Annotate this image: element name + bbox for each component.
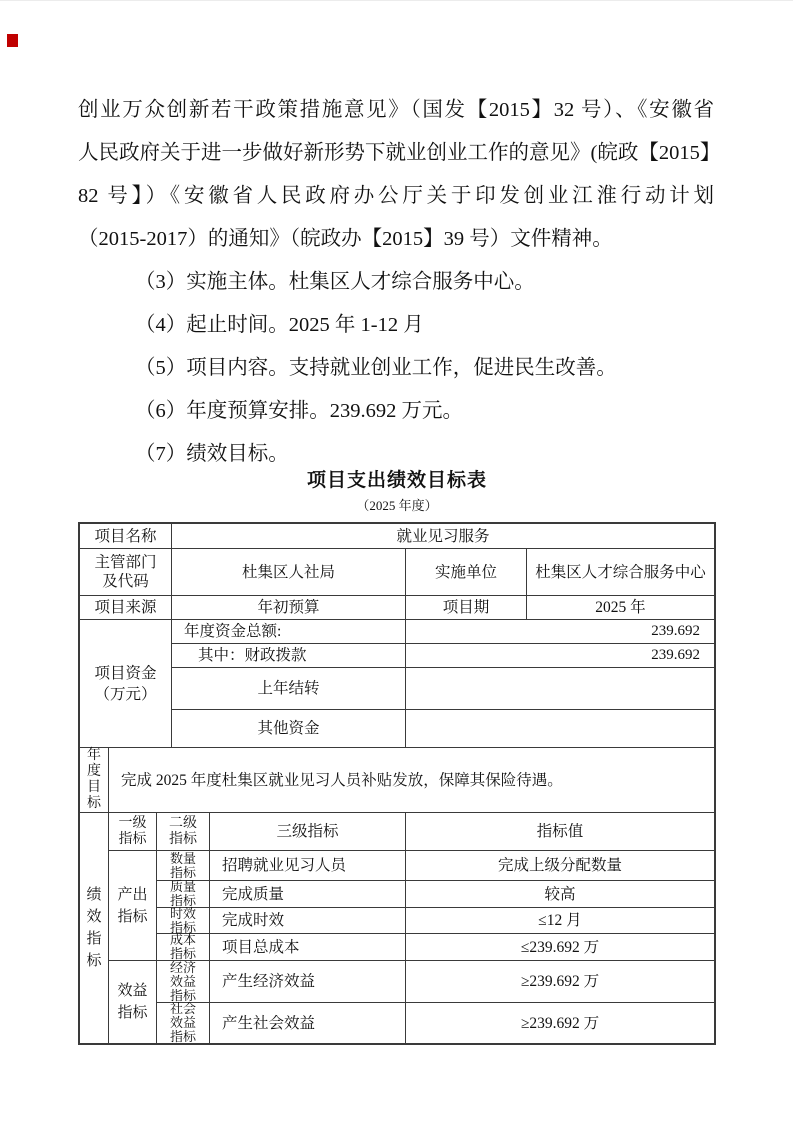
- indicator-value: ≥239.692 万: [406, 1003, 714, 1043]
- row-project-name: 项目名称 就业见习服务: [80, 524, 714, 549]
- table-title: 项目支出绩效目标表: [78, 467, 716, 495]
- table-subtitle: （2025 年度）: [78, 497, 716, 515]
- indicator-l2: 数量 指标: [157, 851, 210, 881]
- document-page: { "page": { "accent_red": "#c00000", "bo…: [0, 0, 793, 1123]
- item-3: （3）实施主体。杜集区人才综合服务中心。: [78, 261, 714, 304]
- source-label: 项目来源: [80, 596, 172, 620]
- funds-total-label: 年度资金总额:: [172, 620, 406, 644]
- dept-label: 主管部门 及代码: [80, 549, 172, 596]
- indicator-l3: 产生社会效益: [210, 1003, 406, 1043]
- indicator-row: 社会 效益 指标 产生社会效益 ≥239.692 万: [157, 1003, 714, 1043]
- section-annual-goal: 年 度 目 标 完成 2025 年度杜集区就业见习人员补贴发放，保障其保险待遇。: [80, 748, 714, 813]
- indicator-value: 较高: [406, 881, 714, 908]
- funds-row-other: 其他资金: [172, 710, 714, 748]
- section-funds: 项目资金 （万元） 年度资金总额: 239.692 其中：财政拨款 239.69…: [80, 620, 714, 748]
- indicator-l2: 质量 指标: [157, 881, 210, 908]
- indicator-l3: 项目总成本: [210, 934, 406, 961]
- paragraph-line: 82 号】）《安徽省人民政府办公厅关于印发创业江淮行动计划: [78, 175, 714, 218]
- header-level1: 一级 指标: [109, 813, 157, 851]
- item-5: （5）项目内容。支持就业创业工作，促进民生改善。: [78, 347, 714, 390]
- indicator-l3: 招聘就业见习人员: [210, 851, 406, 881]
- indicator-l3: 完成质量: [210, 881, 406, 908]
- row-department: 主管部门 及代码 杜集区人社局 实施单位 杜集区人才综合服务中心: [80, 549, 714, 596]
- indicators-header-row: 一级 指标 二级 指标 三级指标 指标值: [109, 813, 714, 851]
- section-indicators: 绩 效 指 标 一级 指标 二级 指标 三级指标 指标值 产出 指标 数量 指标…: [80, 813, 714, 1043]
- item-6: （6）年度预算安排。239.692 万元。: [78, 390, 714, 433]
- indicator-l2: 成本 指标: [157, 934, 210, 961]
- indicator-l2: 经济 效益 指标: [157, 961, 210, 1003]
- policy-paragraph: 创业万众创新若干政策措施意见》（国发【2015】32 号）、《安徽省 人民政府关…: [78, 89, 714, 261]
- indicator-l2: 社会 效益 指标: [157, 1003, 210, 1043]
- output-label: 产出 指标: [109, 851, 157, 961]
- indicator-row: 时效 指标 完成时效 ≤12 月: [157, 908, 714, 934]
- annual-goal-label: 年 度 目 标: [80, 748, 109, 813]
- performance-target-table: 项目名称 就业见习服务 主管部门 及代码 杜集区人社局 实施单位 杜集区人才综合…: [78, 522, 716, 1045]
- annual-goal-text: 完成 2025 年度杜集区就业见习人员补贴发放，保障其保险待遇。: [109, 748, 714, 813]
- source-value: 年初预算: [172, 596, 406, 620]
- indicator-value: ≤239.692 万: [406, 934, 714, 961]
- indicators-label: 绩 效 指 标: [80, 813, 109, 1043]
- indicator-row: 成本 指标 项目总成本 ≤239.692 万: [157, 934, 714, 961]
- row-source: 项目来源 年初预算 项目期 2025 年: [80, 596, 714, 620]
- indicator-value: ≥239.692 万: [406, 961, 714, 1003]
- header-level2: 二级 指标: [157, 813, 210, 851]
- funds-other-label: 其他资金: [172, 710, 406, 748]
- indicator-row: 质量 指标 完成质量 较高: [157, 881, 714, 908]
- red-annotation-mark: [7, 34, 18, 47]
- indicator-l2: 时效 指标: [157, 908, 210, 934]
- impl-unit-label: 实施单位: [406, 549, 527, 596]
- funds-other-value: [406, 710, 714, 748]
- funds-label: 项目资金 （万元）: [80, 620, 172, 748]
- paragraph-line: 人民政府关于进一步做好新形势下就业创业工作的意见》(皖政【2015】: [78, 132, 714, 175]
- funds-carryover-label: 上年结转: [172, 668, 406, 710]
- indicator-l3: 完成时效: [210, 908, 406, 934]
- paragraph-line: 创业万众创新若干政策措施意见》（国发【2015】32 号）、《安徽省: [78, 89, 714, 132]
- impl-unit-value: 杜集区人才综合服务中心: [527, 549, 714, 596]
- numbered-items: （3）实施主体。杜集区人才综合服务中心。 （4）起止时间。2025 年 1-12…: [78, 261, 714, 476]
- benefit-indicators-group: 效益 指标 经济 效益 指标 产生经济效益 ≥239.692 万 社会 效益 指…: [109, 961, 714, 1043]
- output-indicators-group: 产出 指标 数量 指标 招聘就业见习人员 完成上级分配数量 质量 指标 完成质量…: [109, 851, 714, 961]
- funds-row-total: 年度资金总额: 239.692: [172, 620, 714, 644]
- funds-total-value: 239.692: [406, 620, 714, 644]
- project-name-label: 项目名称: [80, 524, 172, 549]
- indicator-row: 经济 效益 指标 产生经济效益 ≥239.692 万: [157, 961, 714, 1003]
- benefit-label: 效益 指标: [109, 961, 157, 1043]
- project-name-value: 就业见习服务: [172, 524, 714, 549]
- item-4: （4）起止时间。2025 年 1-12 月: [78, 304, 714, 347]
- period-value: 2025 年: [527, 596, 714, 620]
- period-label: 项目期: [406, 596, 527, 620]
- dept-value: 杜集区人社局: [172, 549, 406, 596]
- funds-fiscal-value: 239.692: [406, 644, 714, 668]
- funds-row-carryover: 上年结转: [172, 668, 714, 710]
- header-level3: 三级指标: [210, 813, 406, 851]
- indicator-value: ≤12 月: [406, 908, 714, 934]
- funds-row-fiscal: 其中：财政拨款 239.692: [172, 644, 714, 668]
- indicator-row: 数量 指标 招聘就业见习人员 完成上级分配数量: [157, 851, 714, 881]
- indicator-l3: 产生经济效益: [210, 961, 406, 1003]
- indicator-value: 完成上级分配数量: [406, 851, 714, 881]
- funds-carryover-value: [406, 668, 714, 710]
- paragraph-line: （2015-2017）的通知》（皖政办【2015】39 号）文件精神。: [78, 218, 714, 261]
- header-value: 指标值: [406, 813, 714, 851]
- funds-fiscal-label: 其中：财政拨款: [172, 644, 406, 668]
